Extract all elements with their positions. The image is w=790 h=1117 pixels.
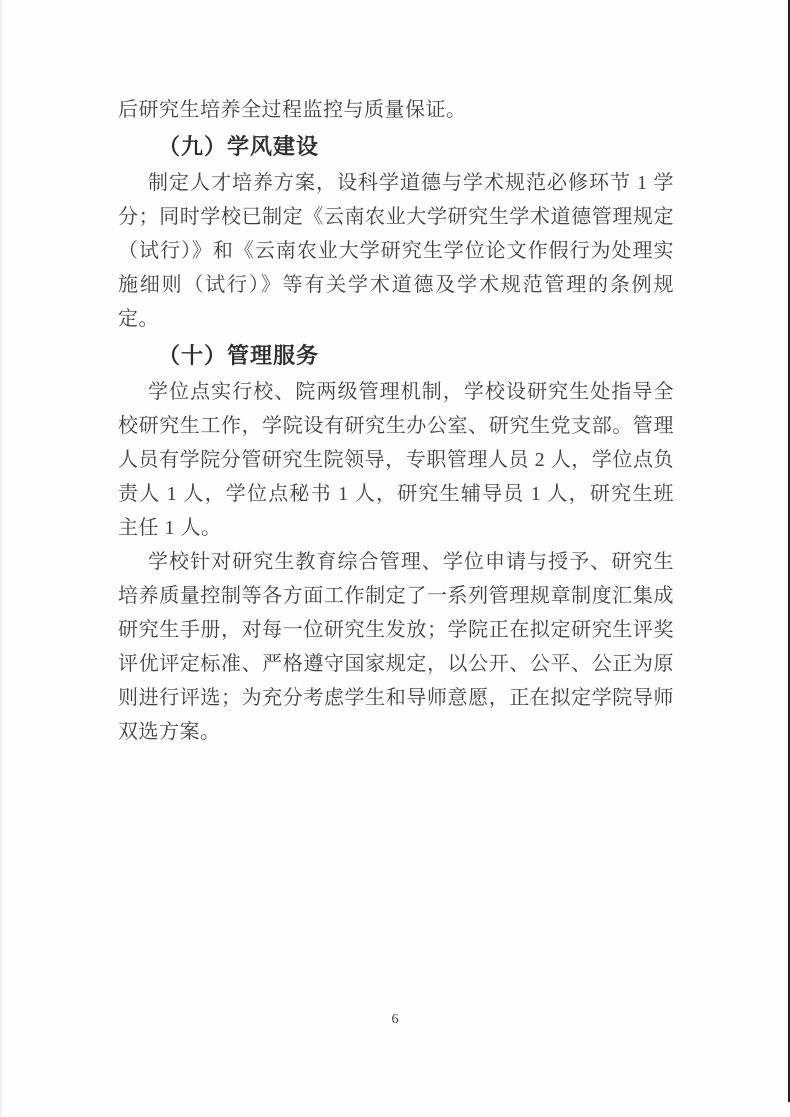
document-page: 后研究生培养全过程监控与质量保证。 （九）学风建设 制定人才培养方案，设科学道德… xyxy=(0,0,790,1117)
document-body: 后研究生培养全过程监控与质量保证。 （九）学风建设 制定人才培养方案，设科学道德… xyxy=(118,93,674,749)
page-left-edge-shading xyxy=(0,0,2,1117)
paragraph-management-rules: 学校针对研究生教育综合管理、学位申请与授予、研究生培养质量控制等各方面工作制定了… xyxy=(118,545,674,749)
section-heading-10: （十）管理服务 xyxy=(118,339,674,373)
paragraph-study-style: 制定人才培养方案，设科学道德与学术规范必修环节 1 学分；同时学校已制定《云南农… xyxy=(118,166,674,336)
paragraph-continuation: 后研究生培养全过程监控与质量保证。 xyxy=(118,93,674,127)
page-number: 6 xyxy=(0,1010,790,1030)
paragraph-management-staff: 学位点实行校、院两级管理机制，学校设研究生处指导全校研究生工作，学院设有研究生办… xyxy=(118,375,674,545)
section-heading-9: （九）学风建设 xyxy=(118,130,674,164)
